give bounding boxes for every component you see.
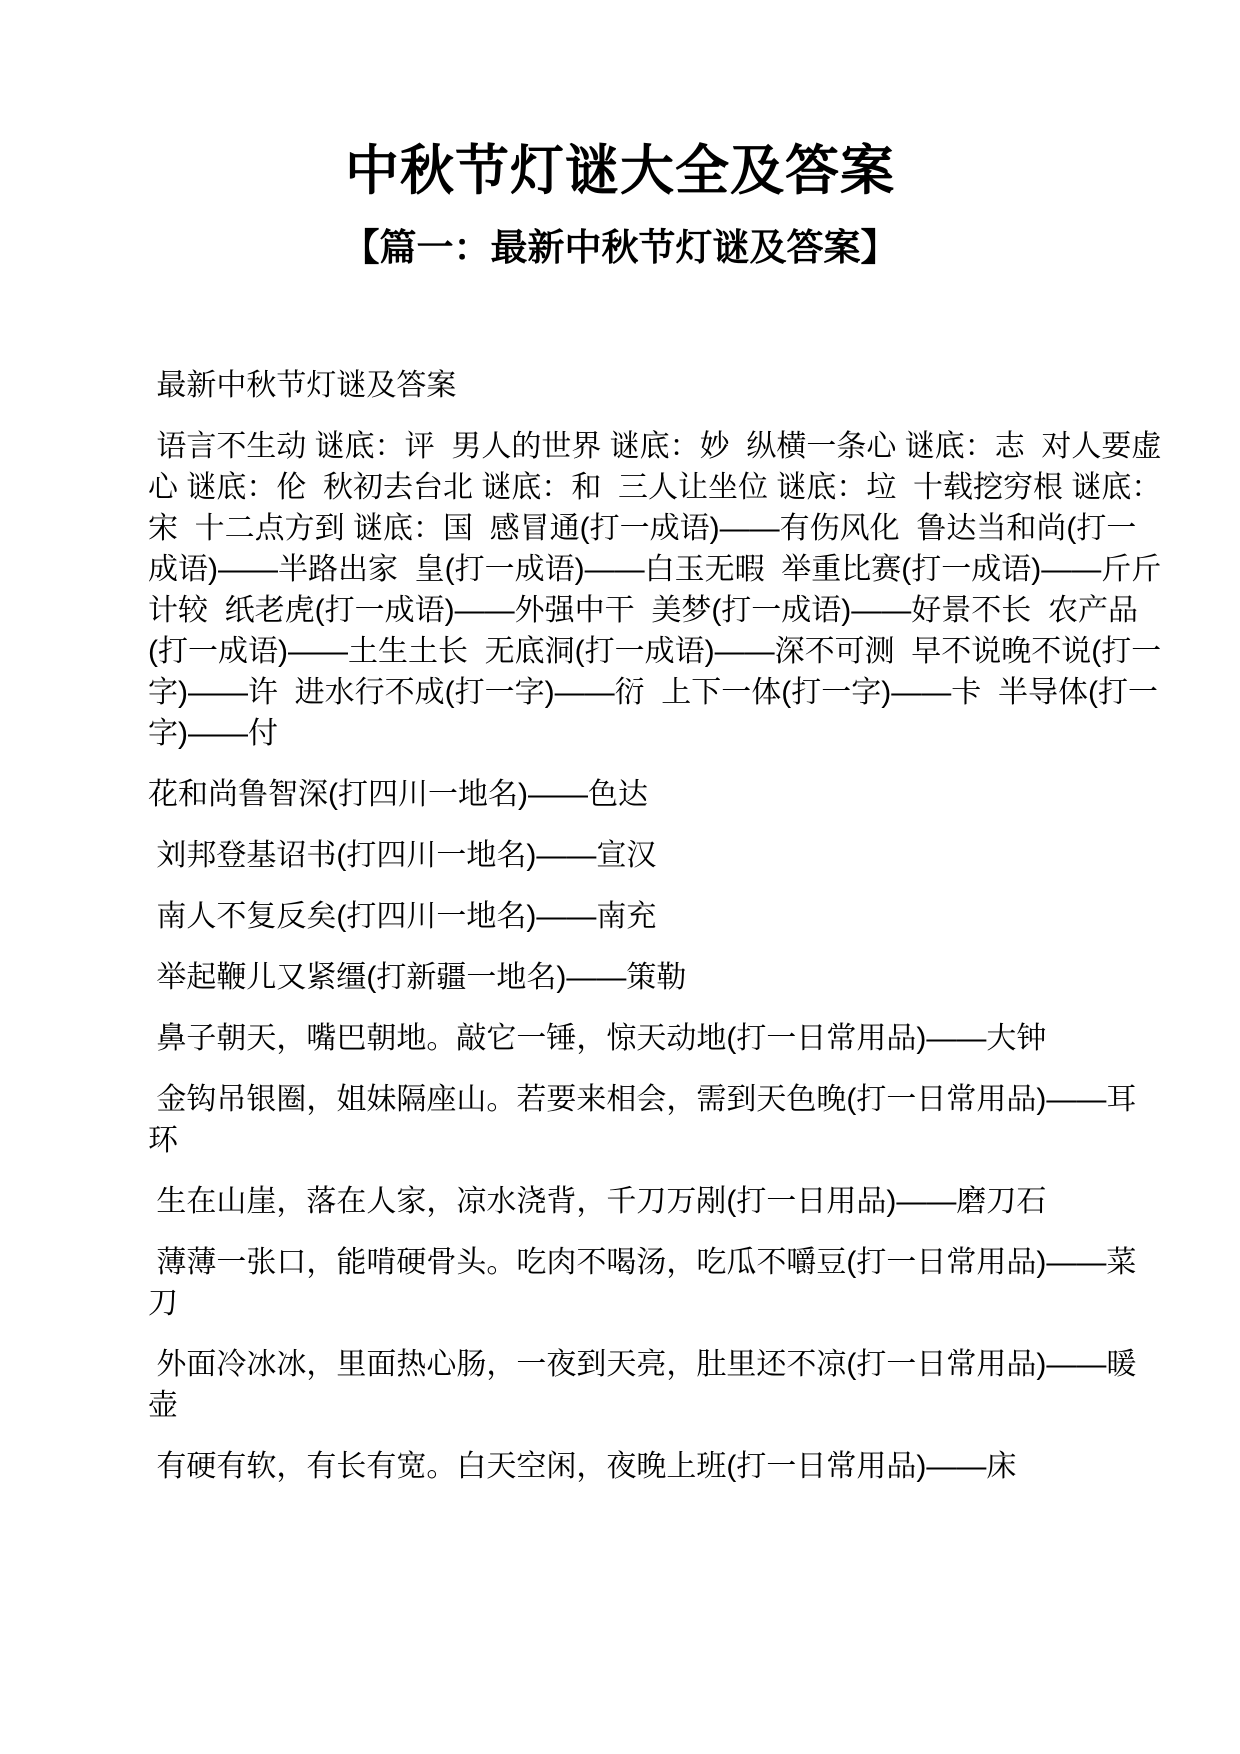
document-body: 最新中秋节灯谜及答案 语言不生动 谜底：评 男人的世界 谜底：妙 纵横一条心 谜… bbox=[0, 365, 1240, 1487]
section-heading: 最新中秋节灯谜及答案 bbox=[148, 365, 1164, 406]
riddle-line-thermos: 外面冷冰冰，里面热心肠，一夜到天亮，肚里还不凉(打一日常用品)——暖壶 bbox=[148, 1344, 1164, 1426]
riddle-line-sichuan-seda: 花和尚鲁智深(打四川一地名)——色达 bbox=[148, 774, 1164, 815]
riddle-line-bed: 有硬有软，有长有宽。白天空闲，夜晚上班(打一日常用品)——床 bbox=[148, 1446, 1164, 1487]
riddle-line-bell: 鼻子朝天，嘴巴朝地。敲它一锤，惊天动地(打一日常用品)——大钟 bbox=[148, 1018, 1164, 1059]
riddle-paragraph-answers-block: 语言不生动 谜底：评 男人的世界 谜底：妙 纵横一条心 谜底：志 对人要虚心 谜… bbox=[148, 426, 1164, 754]
riddle-line-earrings: 金钩吊银圈，姐妹隔座山。若要来相会，需到天色晚(打一日常用品)——耳环 bbox=[148, 1079, 1164, 1161]
document-title: 中秋节灯谜大全及答案 bbox=[0, 142, 1240, 200]
riddle-line-sichuan-xuanhan: 刘邦登基诏书(打四川一地名)——宣汉 bbox=[148, 835, 1164, 876]
document-page: 中秋节灯谜大全及答案 【篇一：最新中秋节灯谜及答案】 最新中秋节灯谜及答案 语言… bbox=[0, 0, 1240, 1754]
riddle-line-whetstone: 生在山崖，落在人家，凉水浇背，千刀万剐(打一日用品)——磨刀石 bbox=[148, 1181, 1164, 1222]
riddle-line-xinjiang-cele: 举起鞭儿又紧缰(打新疆一地名)——策勒 bbox=[148, 957, 1164, 998]
riddle-line-sichuan-nanchong: 南人不复反矣(打四川一地名)——南充 bbox=[148, 896, 1164, 937]
riddle-line-kitchen-knife: 薄薄一张口，能啃硬骨头。吃肉不喝汤，吃瓜不嚼豆(打一日常用品)——菜刀 bbox=[148, 1242, 1164, 1324]
document-subtitle: 【篇一：最新中秋节灯谜及答案】 bbox=[0, 226, 1240, 270]
